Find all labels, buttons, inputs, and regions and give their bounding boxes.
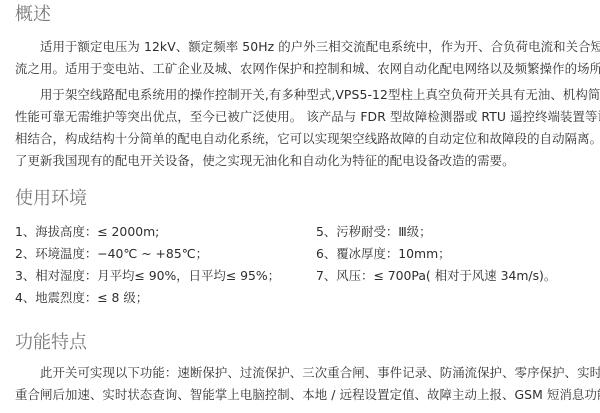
features-paragraph-line2: 重合闸后加速、实时状态查询、智能掌上电脑控制、本地 / 远程设置定值、故障主动上… [15,387,600,403]
environment-heading: 使用环境 [15,189,87,209]
overview-heading: 概述 [15,5,51,25]
features-paragraph-line1: 此开关可实现以下功能：速断保护、过流保护、三次重合闸、事件记录、防涌流保护、零序… [40,365,600,381]
environment-item-ice: 6、覆冰厚度：10mm； [316,246,451,262]
environment-item-altitude: 1、海拔高度：≤ 2000m; [15,224,159,240]
overview-paragraph2-line4: 了更新我国现有的配电开关设备，使之实现无油化和自动化为特征的配电设备改造的需要。 [15,153,515,169]
environment-item-temperature: 2、环境温度：−40℃ ~ +85℃； [15,246,208,262]
overview-paragraph1-line2: 流之用。适用于变电站、工矿企业及城、农网作保护和控制和城、农网自动化配电网络以及… [15,61,600,77]
environment-item-seismic: 4、地震烈度：≤ 8 级； [15,290,148,306]
features-heading: 功能特点 [15,333,87,353]
overview-paragraph2-line3: 相结合，构成结构十分简单的配电自动化系统，它可以实现架空线路故障的自动定位和故障… [15,131,600,147]
environment-item-humidity: 3、相对湿度：月平均≤ 90%，日平均≤ 95%； [15,268,280,284]
overview-paragraph2-line2: 性能可靠无需维护等突出优点，至今已被广泛使用。 该产品与 FDR 型故障检测器或… [15,109,600,125]
overview-paragraph1-line1: 适用于额定电压为 12kV、额定频率 50Hz 的户外三相交流配电系统中，作为开… [40,39,600,55]
overview-paragraph2-line1: 用于架空线路配电系统用的操作控制开关,有多种型式,VPS5-12型柱上真空负荷开… [40,87,600,103]
environment-item-wind-pressure: 7、风压：≤ 700Pa( 相对于风速 34m/s)。 [316,268,556,284]
environment-item-pollution: 5、污秽耐受：Ⅲ级； [316,224,432,240]
